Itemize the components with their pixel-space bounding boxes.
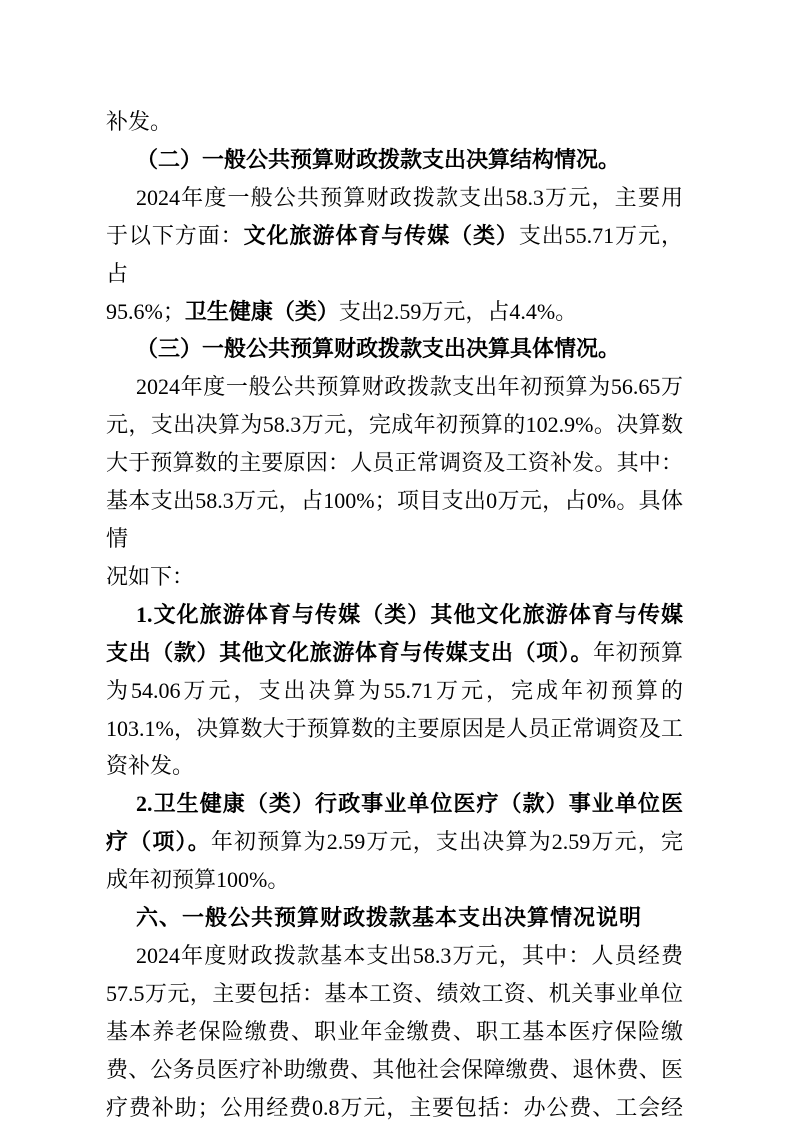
text-run: 卫生健康（类） [185,299,339,324]
text-run: 元，支出决算为58.3万元，完成年初预算的102.9%。决算数 [106,412,683,437]
body-line: 2024年度财政拨款基本支出58.3万元，其中：人员经费 [106,937,683,975]
body-line: 疗费补助；公用经费0.8万元，主要包括：办公费、工会经 [106,1089,683,1122]
body-line: 基本养老保险缴费、职业年金缴费、职工基本医疗保险缴 [106,1013,683,1051]
text-run: 补发。 [106,109,172,134]
body-line: 95.6%；卫生健康（类）支出2.59万元，占4.4%。 [106,293,683,331]
text-run: 95.6%； [106,299,185,324]
text-run: 大于预算数的主要原因：人员正常调资及工资补发。其中： [106,450,683,475]
body-line: 成年初预算100%。 [106,861,683,899]
text-run: 年初预算 [593,640,683,665]
body-line: 疗（项）。年初预算为2.59万元，支出决算为2.59万元，完 [106,823,683,861]
text-run: 文化旅游体育与传媒（类） [244,223,519,248]
document-body: 补发。（二）一般公共预算财政拨款支出决算结构情况。2024年度一般公共预算财政拨… [106,103,683,1122]
body-line: 资补发。 [106,747,683,785]
text-run: 资补发。 [106,753,194,778]
carryover-line: 补发。 [106,103,683,141]
body-line: 103.1%，决算数大于预算数的主要原因是人员正常调资及工 [106,710,683,748]
body-line: 基本支出58.3万元，占100%；项目支出0万元，占0%。具体情 [106,482,683,558]
text-run: （二）一般公共预算财政拨款支出决算结构情况。 [136,147,620,172]
text-run: 基本支出58.3万元，占100%；项目支出0万元，占0%。具体情 [106,488,683,551]
section-heading-2: （二）一般公共预算财政拨款支出决算结构情况。 [106,141,683,179]
text-run: 成年初预算100%。 [106,867,289,892]
item-1-heading-line: 1.文化旅游体育与传媒（类）其他文化旅游体育与传媒 [106,596,683,634]
document-page: 补发。（二）一般公共预算财政拨款支出决算结构情况。2024年度一般公共预算财政拨… [0,0,793,1122]
text-run: 为54.06万元，支出决算为55.71万元，完成年初预算的 [106,678,683,703]
text-run: 2024年度一般公共预算财政拨款支出58.3万元，主要用 [136,185,683,210]
text-run: 疗费补助；公用经费0.8万元，主要包括：办公费、工会经 [106,1095,683,1120]
text-run: 支出（款）其他文化旅游体育与传媒支出（项）。 [106,640,593,665]
section-heading-3: （三）一般公共预算财政拨款支出决算具体情况。 [106,330,683,368]
text-run: 六、一般公共预算财政拨款基本支出决算情况说明 [136,905,642,930]
text-run: 年初预算为2.59万元，支出决算为2.59万元，完 [211,829,683,854]
body-line: 为54.06万元，支出决算为55.71万元，完成年初预算的 [106,672,683,710]
text-run: 费、公务员医疗补助缴费、其他社会保障缴费、退休费、医 [106,1057,683,1082]
text-run: 2024年度一般公共预算财政拨款支出年初预算为56.65万 [136,374,683,399]
text-run: 况如下： [106,564,194,589]
text-run: 1.文化旅游体育与传媒（类）其他文化旅游体育与传媒 [136,602,683,627]
text-run: 疗（项）。 [106,829,211,854]
body-line: 费、公务员医疗补助缴费、其他社会保障缴费、退休费、医 [106,1051,683,1089]
text-run: 2024年度财政拨款基本支出58.3万元，其中：人员经费 [136,943,683,968]
text-run: （三）一般公共预算财政拨款支出决算具体情况。 [136,336,620,361]
body-line: 元，支出决算为58.3万元，完成年初预算的102.9%。决算数 [106,406,683,444]
body-line: 于以下方面：文化旅游体育与传媒（类）支出55.71万元，占 [106,217,683,293]
body-line: 57.5万元，主要包括：基本工资、绩效工资、机关事业单位 [106,975,683,1013]
body-line: 况如下： [106,558,683,596]
body-line: 2024年度一般公共预算财政拨款支出年初预算为56.65万 [106,368,683,406]
section-heading-6: 六、一般公共预算财政拨款基本支出决算情况说明 [106,899,683,937]
body-line: 大于预算数的主要原因：人员正常调资及工资补发。其中： [106,444,683,482]
body-line: 2024年度一般公共预算财政拨款支出58.3万元，主要用 [106,179,683,217]
text-run: 基本养老保险缴费、职业年金缴费、职工基本医疗保险缴 [106,1019,683,1044]
text-run: 2.卫生健康（类）行政事业单位医疗（款）事业单位医 [136,791,683,816]
text-run: 支出2.59万元，占4.4%。 [339,299,577,324]
text-run: 103.1%，决算数大于预算数的主要原因是人员正常调资及工 [106,716,683,741]
body-line: 支出（款）其他文化旅游体育与传媒支出（项）。年初预算 [106,634,683,672]
text-run: 于以下方面： [106,223,244,248]
text-run: 57.5万元，主要包括：基本工资、绩效工资、机关事业单位 [106,981,683,1006]
item-2-heading-line: 2.卫生健康（类）行政事业单位医疗（款）事业单位医 [106,785,683,823]
